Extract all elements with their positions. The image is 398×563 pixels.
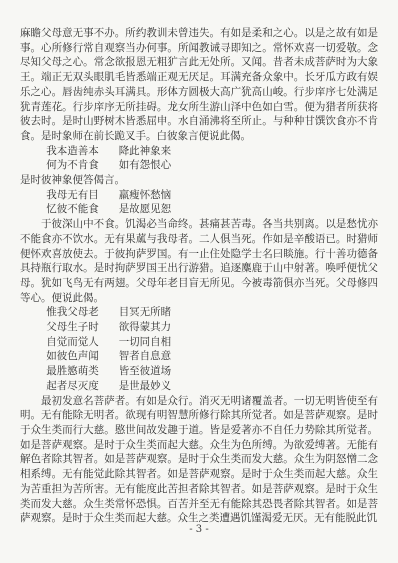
verse-parents-gatha: 惟我父母老目冥无所睹 父母生子时欲得蒙其力 自觉而觉人一切同自相 如彼色声闻智者… bbox=[20, 305, 378, 393]
verse-line: 我母无有目羸瘦怀愁恼 bbox=[46, 188, 378, 203]
verse-hemistich: 父母生子时 bbox=[46, 321, 99, 333]
verse-line: 最胜慜萌类皆至彼道场 bbox=[46, 364, 378, 379]
verse-hemistich: 起者尽灭度 bbox=[46, 380, 99, 392]
verse-hemistich: 惟我父母老 bbox=[46, 306, 99, 318]
verse-line: 惟我父母老目冥无所睹 bbox=[46, 305, 378, 320]
paragraph-bodhisattva-compassion: 最初发意名菩萨者。有如是众行。消灭无明诸覆盖者。一切无明皆使至有明。无有能除无明… bbox=[20, 394, 378, 526]
verse-hemistich: 自觉而觉人 bbox=[46, 336, 99, 348]
verse-hemistich: 何为不肯食 bbox=[46, 159, 99, 171]
verse-line: 父母生子时欲得蒙其力 bbox=[46, 320, 378, 335]
paragraph-shan-story: 于彼深山中不食。饥渴必当命终。甚痛甚苦毒。各当共别离。以是愁忧亦不能食亦不饮水。… bbox=[20, 217, 378, 305]
verse-line: 忆彼不能食是故愿见恕 bbox=[46, 202, 378, 217]
page-number: - 3 - bbox=[0, 524, 398, 535]
verse-line: 我本造善本降此神象来 bbox=[46, 144, 378, 159]
verse-hemistich: 降此神象来 bbox=[119, 145, 172, 157]
verse-answer-intro: 是时彼神象便答偈言。 bbox=[20, 173, 378, 188]
verse-hemistich: 我本造善本 bbox=[46, 145, 99, 157]
verse-trainer-question: 我本造善本降此神象来 何为不肯食如有怨恨心 bbox=[20, 144, 378, 173]
verse-hemistich: 欲得蒙其力 bbox=[119, 321, 172, 333]
verse-hemistich: 我母无有目 bbox=[46, 189, 99, 201]
verse-hemistich: 是世最妙义 bbox=[119, 380, 172, 392]
verse-hemistich: 如有怨恨心 bbox=[119, 159, 172, 171]
text-area: 麻瞻父母意无事不办。所约教训未曾违失。有如是柔和之心。以是之故有如是事。心所修行… bbox=[20, 26, 378, 526]
verse-hemistich: 智者自息意 bbox=[119, 350, 172, 362]
verse-hemistich: 皆至彼道场 bbox=[119, 365, 172, 377]
verse-line: 起者尽灭度是世最妙义 bbox=[46, 379, 378, 394]
verse-hemistich: 是故愿见恕 bbox=[119, 203, 172, 215]
verse-line: 何为不肯食如有怨恨心 bbox=[46, 158, 378, 173]
paragraph-elephant-story: 麻瞻父母意无事不办。所约教训未曾违失。有如是柔和之心。以是之故有如是事。心所修行… bbox=[20, 26, 378, 144]
verse-hemistich: 目冥无所睹 bbox=[119, 306, 172, 318]
verse-hemistich: 最胜慜萌类 bbox=[46, 365, 99, 377]
scanned-page: 麻瞻父母意无事不办。所约教训未曾违失。有如是柔和之心。以是之故有如是事。心所修行… bbox=[0, 0, 398, 563]
verse-line: 自觉而觉人一切同自相 bbox=[46, 335, 378, 350]
verse-hemistich: 一切同自相 bbox=[119, 336, 172, 348]
verse-elephant-answer: 我母无有目羸瘦怀愁恼 忆彼不能食是故愿见恕 bbox=[20, 188, 378, 217]
verse-hemistich: 羸瘦怀愁恼 bbox=[119, 189, 172, 201]
verse-hemistich: 如彼色声闻 bbox=[46, 350, 99, 362]
verse-line: 如彼色声闻智者自息意 bbox=[46, 349, 378, 364]
verse-hemistich: 忆彼不能食 bbox=[46, 203, 99, 215]
